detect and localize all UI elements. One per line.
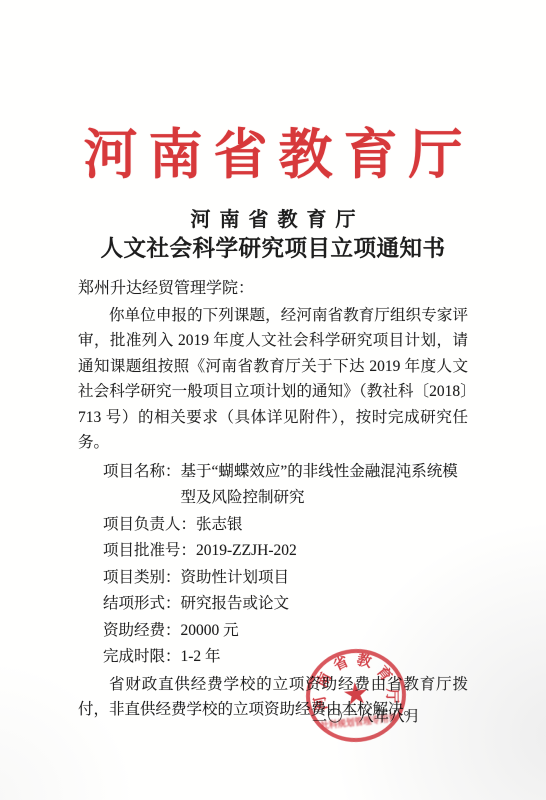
field-value: 基于“蝴蝶效应”的非线性金融混沌系统模型及风险控制研究 (181, 459, 468, 512)
field-value: 研究报告或论文 (181, 591, 468, 618)
field-value: 资助性计划项目 (181, 565, 468, 592)
intro-paragraph: 你单位申报的下列课题，经河南省教育厅组织专家评审，批准列入 2019 年度人文社… (78, 303, 468, 456)
field-row-project-category: 项目类别： 资助性计划项目 (103, 565, 468, 592)
field-label: 项目类别： (103, 565, 181, 592)
field-value: 张志银 (196, 512, 468, 539)
field-value: 20000 元 (181, 618, 468, 645)
field-row-project-name: 项目名称： 基于“蝴蝶效应”的非线性金融混沌系统模型及风险控制研究 (103, 459, 468, 512)
document-page: 河南省教育厅 河南省教育厅 人文社会科学研究项目立项通知书 郑州升达经贸管理学院… (0, 0, 546, 800)
field-label: 项目负责人： (103, 512, 196, 539)
field-label: 资助经费： (103, 618, 181, 645)
seal-arc-char: 省 (332, 654, 351, 673)
seal-arc-char: 南 (315, 670, 334, 689)
field-value: 2019-ZZJH-202 (196, 538, 468, 565)
seal-arc-char: 教 (355, 653, 372, 670)
seal-arc-char: 河 (313, 694, 330, 711)
official-seal: 河南省教育厅 ★ 社科规划管理专用章 (301, 644, 410, 747)
field-label: 项目批准号： (103, 538, 196, 565)
document-body: 郑州升达经贸管理学院： 你单位申报的下列课题，经河南省教育厅组织专家评审，批准列… (0, 277, 546, 723)
recipient-line: 郑州升达经贸管理学院： (78, 277, 468, 301)
doc-title-line1: 河南省教育厅 (0, 208, 546, 232)
field-row-funding: 资助经费： 20000 元 (103, 618, 468, 645)
letterhead-title: 河南省教育厅 (0, 124, 546, 188)
field-label: 项目名称： (103, 459, 181, 512)
seal-arc-char: 厅 (384, 688, 399, 703)
field-row-project-leader: 项目负责人： 张志银 (103, 512, 468, 539)
star-icon: ★ (341, 678, 371, 711)
field-label: 结项形式： (103, 591, 181, 618)
field-row-completion-form: 结项形式： 研究报告或论文 (103, 591, 468, 618)
field-label: 完成时限： (103, 644, 181, 671)
doc-title-line2: 人文社会科学研究项目立项通知书 (0, 236, 546, 262)
field-row-time-limit: 完成时限： 1-2 年 (103, 644, 468, 671)
project-fields: 项目名称： 基于“蝴蝶效应”的非线性金融混沌系统模型及风险控制研究 项目负责人：… (103, 459, 468, 671)
seal-arc-char: 育 (373, 664, 393, 684)
field-row-approval-number: 项目批准号： 2019-ZZJH-202 (103, 538, 468, 565)
